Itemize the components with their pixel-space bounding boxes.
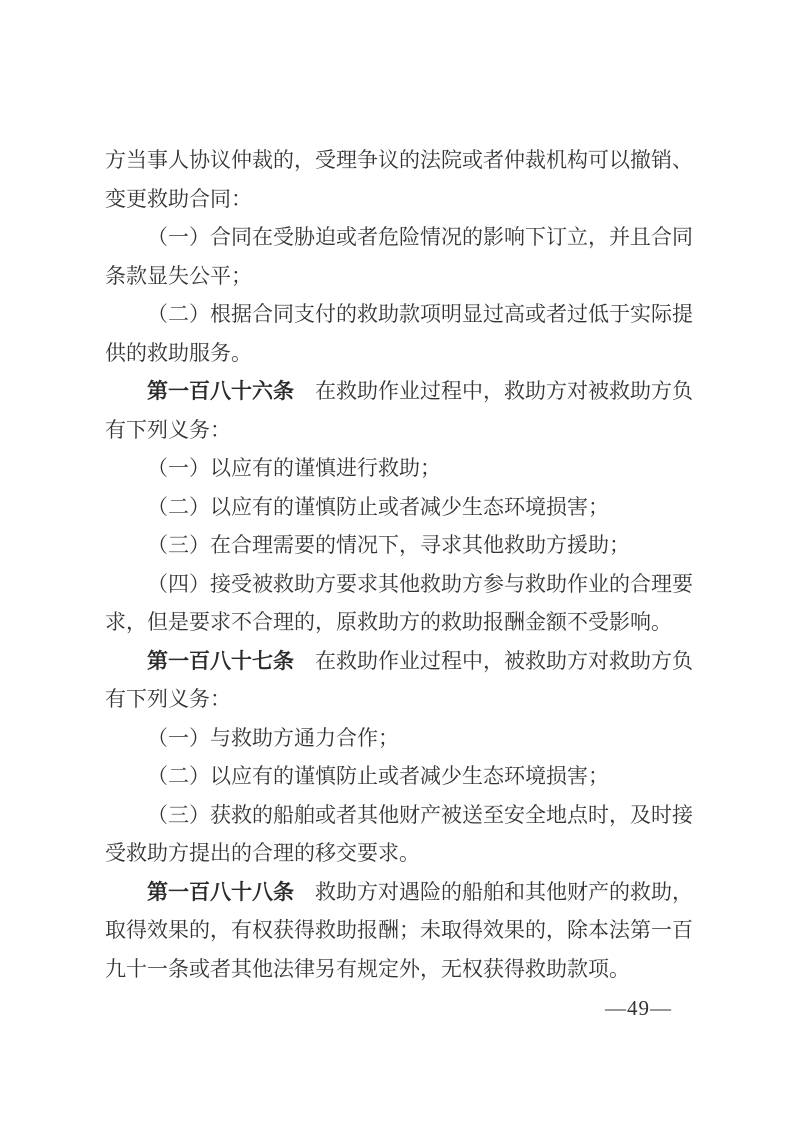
text-segment: 在救助作业过程中，被救助方对救助方负	[294, 649, 693, 673]
text-segment: 供的救助服务。	[105, 341, 252, 365]
text-segment: （一）与救助方通力合作；	[147, 726, 399, 750]
text-line: 条款显失公平；	[105, 257, 697, 296]
text-line: （二）根据合同支付的救助款项明显过高或者过低于实际提	[105, 295, 697, 334]
document-page: { "page": { "background": "#ffffff", "te…	[0, 0, 793, 1122]
text-line: 第一百八十六条 在救助作业过程中，救助方对被救助方负	[105, 372, 697, 411]
article-number: 第一百八十六条	[147, 379, 294, 403]
text-line: （二）以应有的谨慎防止或者减少生态环境损害；	[105, 488, 697, 527]
text-line: 有下列义务：	[105, 411, 697, 450]
text-segment: 有下列义务：	[105, 687, 231, 711]
article-number: 第一百八十八条	[147, 880, 294, 904]
text-line: 九十一条或者其他法律另有规定外，无权获得救助款项。	[105, 950, 697, 989]
text-segment: （一）合同在受胁迫或者危险情况的影响下订立，并且合同	[147, 225, 693, 249]
text-block: 方当事人协议仲裁的，受理争议的法院或者仲裁机构可以撤销、变更救助合同：（一）合同…	[105, 141, 697, 988]
text-segment: （二）根据合同支付的救助款项明显过高或者过低于实际提	[147, 302, 693, 326]
text-segment: （二）以应有的谨慎防止或者减少生态环境损害；	[147, 495, 609, 519]
text-line: （二）以应有的谨慎防止或者减少生态环境损害；	[105, 757, 697, 796]
text-segment: 取得效果的，有权获得救助报酬；未取得效果的，除本法第一百	[105, 918, 693, 942]
page: 方当事人协议仲裁的，受理争议的法院或者仲裁机构可以撤销、变更救助合同：（一）合同…	[0, 0, 793, 1122]
text-line: 受救助方提出的合理的移交要求。	[105, 834, 697, 873]
text-line: 变更救助合同：	[105, 180, 697, 219]
text-line: （三）获救的船舶或者其他财产被送至安全地点时，及时接	[105, 796, 697, 835]
text-line: 有下列义务：	[105, 680, 697, 719]
page-number: —49—	[605, 993, 672, 1023]
text-line: （三）在合理需要的情况下，寻求其他救助方援助；	[105, 526, 697, 565]
text-segment: （二）以应有的谨慎防止或者减少生态环境损害；	[147, 764, 609, 788]
text-segment: 受救助方提出的合理的移交要求。	[105, 841, 420, 865]
text-line: 方当事人协议仲裁的，受理争议的法院或者仲裁机构可以撤销、	[105, 141, 697, 180]
text-segment: （三）在合理需要的情况下，寻求其他救助方援助；	[147, 533, 630, 557]
text-segment: 救助方对遇险的船舶和其他财产的救助，	[294, 880, 693, 904]
text-segment: 在救助作业过程中，救助方对被救助方负	[294, 379, 693, 403]
text-line: 供的救助服务。	[105, 334, 697, 373]
text-segment: 变更救助合同：	[105, 187, 252, 211]
text-line: （一）合同在受胁迫或者危险情况的影响下订立，并且合同	[105, 218, 697, 257]
text-segment: 条款显失公平；	[105, 264, 252, 288]
text-line: （一）与救助方通力合作；	[105, 719, 697, 758]
text-segment: （一）以应有的谨慎进行救助；	[147, 456, 441, 480]
article-number: 第一百八十七条	[147, 649, 294, 673]
text-segment: 方当事人协议仲裁的，受理争议的法院或者仲裁机构可以撤销、	[105, 148, 693, 172]
text-segment: （三）获救的船舶或者其他财产被送至安全地点时，及时接	[147, 803, 693, 827]
text-segment: （四）接受被救助方要求其他救助方参与救助作业的合理要	[147, 572, 693, 596]
text-segment: 求，但是要求不合理的，原救助方的救助报酬金额不受影响。	[105, 610, 672, 634]
text-line: （一）以应有的谨慎进行救助；	[105, 449, 697, 488]
text-line: 求，但是要求不合理的，原救助方的救助报酬金额不受影响。	[105, 603, 697, 642]
text-line: 取得效果的，有权获得救助报酬；未取得效果的，除本法第一百	[105, 911, 697, 950]
text-line: 第一百八十八条 救助方对遇险的船舶和其他财产的救助，	[105, 873, 697, 912]
text-line: （四）接受被救助方要求其他救助方参与救助作业的合理要	[105, 565, 697, 604]
text-segment: 有下列义务：	[105, 418, 231, 442]
text-segment: 九十一条或者其他法律另有规定外，无权获得救助款项。	[105, 957, 630, 981]
text-line: 第一百八十七条 在救助作业过程中，被救助方对救助方负	[105, 642, 697, 681]
